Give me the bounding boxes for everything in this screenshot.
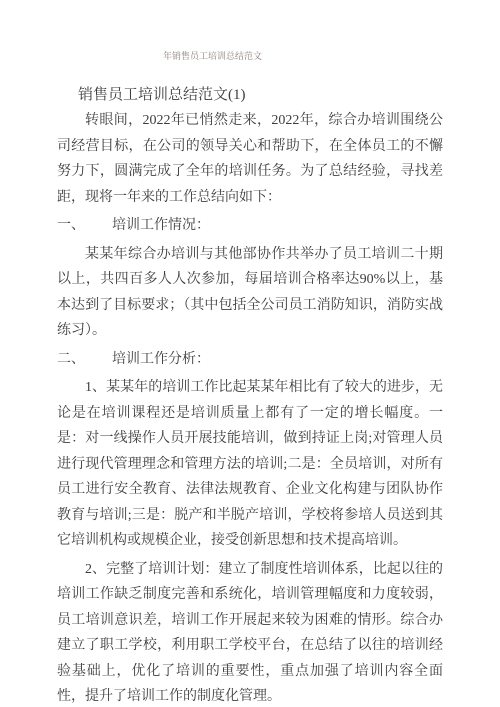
paragraph-analysis-point-1: 1、某某年的培训工作比起某某年相比有了较大的进步，无论是在培训课程还是培训质量上… xyxy=(57,375,443,554)
section-title: 培训工作分析： xyxy=(112,352,210,367)
running-header: 年销售员工培训总结范文 xyxy=(163,50,443,62)
paragraph-section1-body: 某某年综合办培训与其他部协作共举办了员工培训二十期以上，共四百多人人次参加，每届… xyxy=(57,242,443,344)
paragraph-intro: 转眼间，2022年已悄然走来，2022年，综合办培训围绕公司经营目标，在公司的领… xyxy=(57,108,443,210)
document-title: 销售员工培训总结范文(1) xyxy=(57,82,443,108)
section-heading-2: 二、培训工作分析： xyxy=(57,347,443,373)
section-number: 二、 xyxy=(57,347,112,373)
section-number: 一、 xyxy=(57,213,112,239)
section-heading-1: 一、培训工作情况： xyxy=(57,213,443,239)
document-page: 年销售员工培训总结范文 销售员工培训总结范文(1) 转眼间，2022年已悄然走来… xyxy=(0,0,500,707)
document-body: 转眼间，2022年已悄然走来，2022年，综合办培训围绕公司经营目标，在公司的领… xyxy=(57,108,443,707)
section-title: 培训工作情况： xyxy=(112,218,210,233)
paragraph-analysis-point-2: 2、完整了培训计划：建立了制度性培训体系，比起以往的培训工作缺乏制度完善和系统化… xyxy=(57,557,443,707)
